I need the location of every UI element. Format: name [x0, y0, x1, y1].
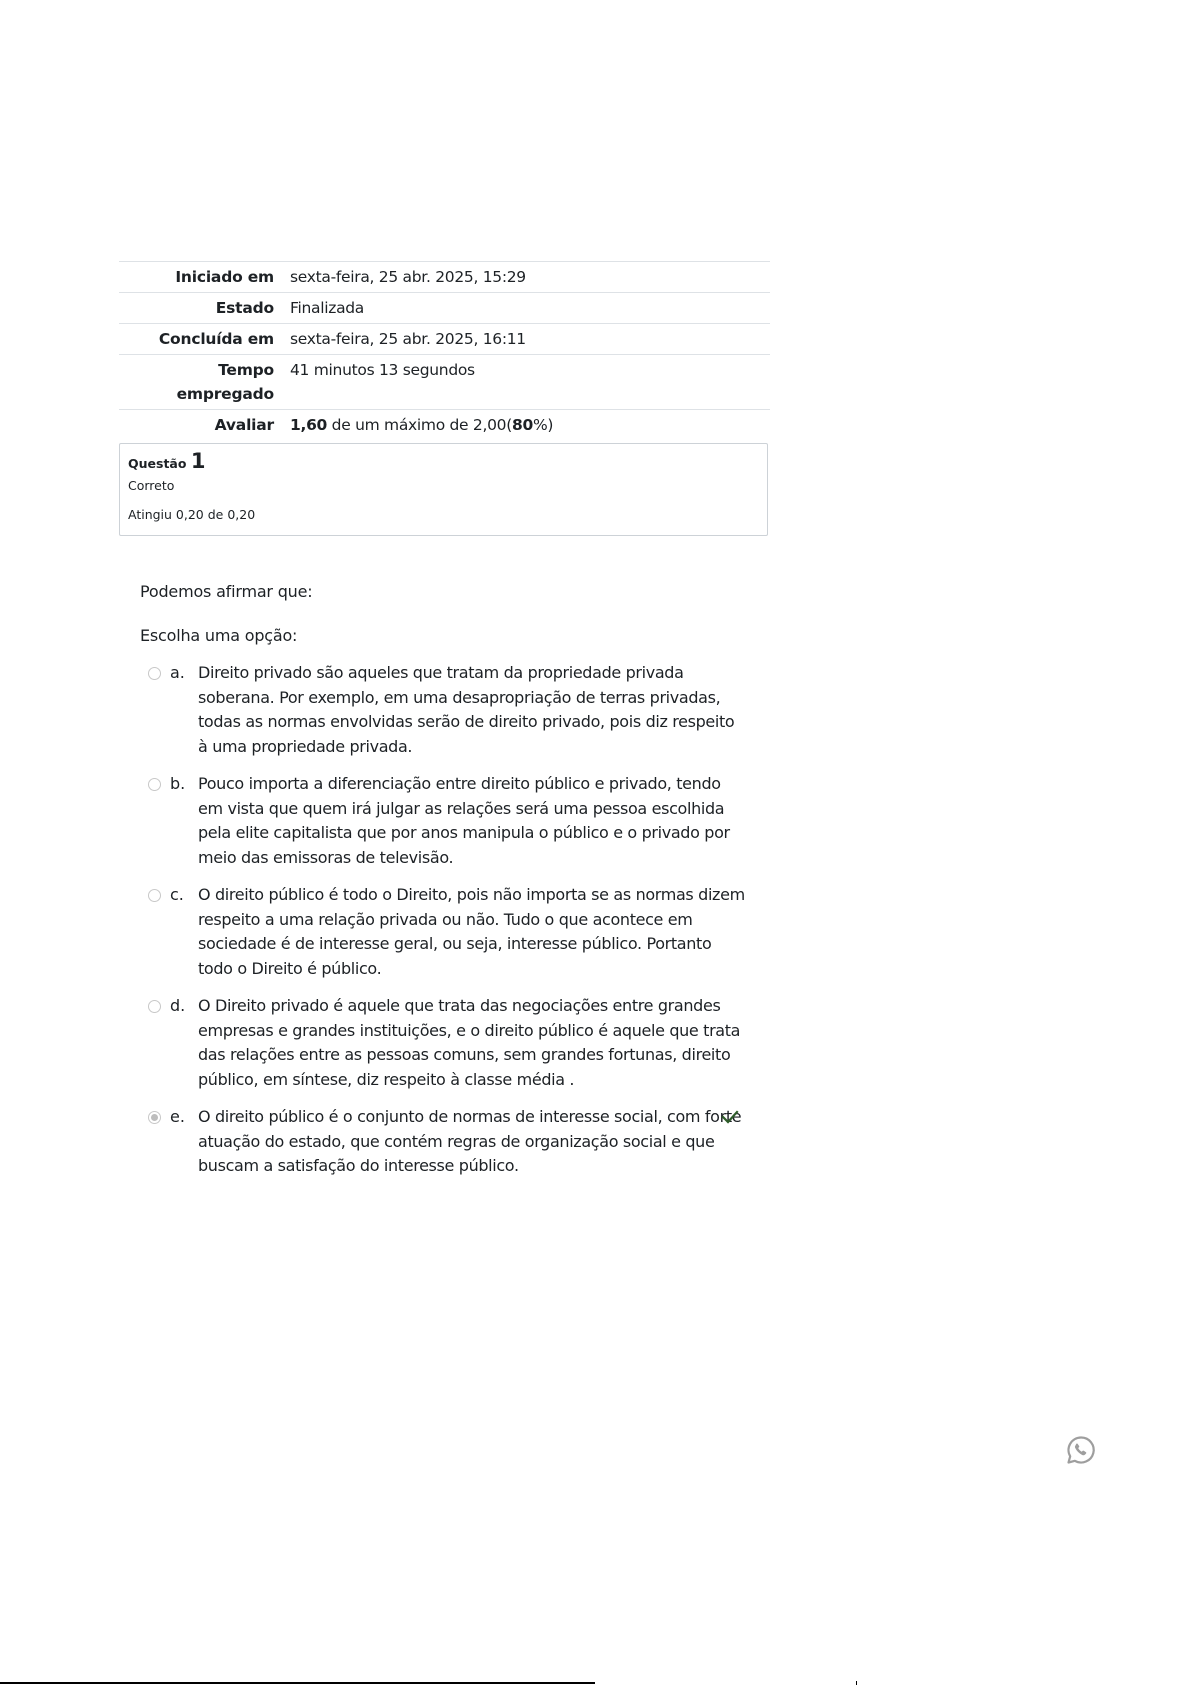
question-grade: Atingiu 0,20 de 0,20 [128, 507, 759, 523]
radio-button[interactable] [148, 889, 161, 902]
option-text: Pouco importa a diferenciação entre dire… [198, 772, 748, 870]
summary-value: 41 minutos 13 segundos [286, 355, 770, 410]
grade-percent: 80 [512, 416, 533, 434]
answer-option-c[interactable]: c. O direito público é todo o Direito, p… [148, 883, 748, 981]
grade-suffix: %) [533, 416, 553, 434]
page-divider-line [0, 1682, 595, 1684]
answer-option-a[interactable]: a. Direito privado são aqueles que trata… [148, 661, 748, 759]
summary-value: sexta-feira, 25 abr. 2025, 15:29 [286, 262, 770, 293]
check-icon [720, 1107, 740, 1127]
option-text: O direito público é o conjunto de normas… [198, 1105, 748, 1179]
option-letter: c. [161, 883, 198, 908]
question-title-label: Questão [128, 456, 186, 471]
option-text: O Direito privado é aquele que trata das… [198, 994, 748, 1092]
question-text: Podemos afirmar que: [140, 580, 312, 604]
radio-button[interactable] [148, 778, 161, 791]
attempt-summary-table: Iniciado em sexta-feira, 25 abr. 2025, 1… [119, 261, 770, 440]
grade-score: 1,60 [290, 416, 327, 434]
option-text: Direito privado são aqueles que tratam d… [198, 661, 748, 759]
summary-row-state: Estado Finalizada [119, 293, 770, 324]
summary-label: Iniciado em [119, 262, 286, 293]
option-text: O direito público é todo o Direito, pois… [198, 883, 748, 981]
radio-button-selected[interactable] [148, 1111, 161, 1124]
summary-label: Concluída em [119, 324, 286, 355]
option-letter: e. [161, 1105, 198, 1130]
question-title: Questão 1 [128, 450, 759, 475]
summary-row-completed: Concluída em sexta-feira, 25 abr. 2025, … [119, 324, 770, 355]
option-letter: b. [161, 772, 198, 797]
option-letter: d. [161, 994, 198, 1019]
summary-value: sexta-feira, 25 abr. 2025, 16:11 [286, 324, 770, 355]
summary-row-time-taken: Tempo empregado 41 minutos 13 segundos [119, 355, 770, 410]
summary-grade-value: 1,60 de um máximo de 2,00(80%) [286, 410, 770, 441]
summary-label: Estado [119, 293, 286, 324]
answer-option-e[interactable]: e. O direito público é o conjunto de nor… [148, 1105, 748, 1179]
summary-row-grade: Avaliar 1,60 de um máximo de 2,00(80%) [119, 410, 770, 441]
answer-option-b[interactable]: b. Pouco importa a diferenciação entre d… [148, 772, 748, 870]
summary-label: Avaliar [119, 410, 286, 441]
option-letter: a. [161, 661, 198, 686]
radio-button[interactable] [148, 1000, 161, 1013]
answer-options: a. Direito privado são aqueles que trata… [148, 661, 748, 1192]
summary-label: Tempo empregado [119, 355, 286, 410]
question-number: 1 [191, 449, 206, 473]
grade-middle: de um máximo de 2,00( [327, 416, 512, 434]
answer-option-d[interactable]: d. O Direito privado é aquele que trata … [148, 994, 748, 1092]
radio-button[interactable] [148, 667, 161, 680]
summary-row-started: Iniciado em sexta-feira, 25 abr. 2025, 1… [119, 262, 770, 293]
question-info-box: Questão 1 Correto Atingiu 0,20 de 0,20 [119, 443, 768, 536]
page-divider-tick [856, 1681, 857, 1685]
summary-value: Finalizada [286, 293, 770, 324]
question-state: Correto [128, 478, 759, 494]
answer-prompt: Escolha uma opção: [140, 624, 297, 648]
whatsapp-icon[interactable] [1065, 1434, 1097, 1466]
